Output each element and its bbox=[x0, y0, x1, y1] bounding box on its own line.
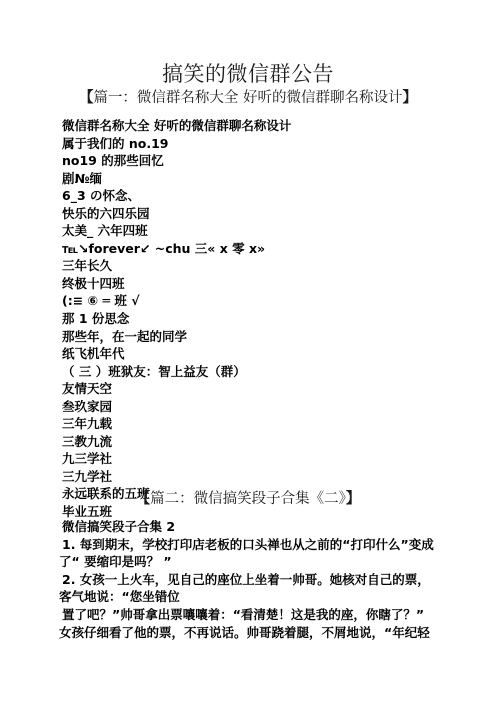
group-name-list: 微信群名称大全 好听的微信群聊名称设计 属于我们的 no.19 no19 的那些… bbox=[62, 117, 291, 521]
paragraph-line: 2. 女孩一上火车，见自己的座位上坐着一帅哥。她核对自己的票， bbox=[62, 571, 442, 589]
list-item: （ 三 ）班狱友：智上益友（群） bbox=[62, 363, 291, 381]
list-item: 6_3 の怀念、 bbox=[62, 187, 291, 205]
section-2-header: 【篇二：微信搞笑段子合集《二》】 bbox=[0, 489, 496, 509]
list-item: ℡↘forever↙ ~chu 三« x 零 x» bbox=[62, 240, 291, 258]
list-item: 三年长久 bbox=[62, 257, 291, 275]
list-item: 属于我们的 no.19 bbox=[62, 135, 291, 153]
bracket-open: 【 bbox=[136, 491, 151, 507]
section-1-header: 【篇一：微信群名称大全 好听的微信群聊名称设计】 bbox=[0, 88, 496, 108]
paragraph-line: 了“ 要缩印是吗？ ” bbox=[59, 553, 442, 571]
list-item: 那些年，在一起的同学 bbox=[62, 328, 291, 346]
list-item: no19 的那些回忆 bbox=[62, 152, 291, 170]
list-item: 快乐的六四乐园 bbox=[62, 205, 291, 223]
section-2-header-text: 篇二：微信搞笑段子合集《二》 bbox=[150, 491, 346, 507]
paragraph-line: 女孩仔细看了他的票，不再说话。帅哥跷着腿，不屑地说，“年纪轻 bbox=[59, 624, 442, 642]
list-item: 三年九载 bbox=[62, 415, 291, 433]
document-page: 搞笑的微信群公告 【篇一：微信群名称大全 好听的微信群聊名称设计】 微信群名称大… bbox=[0, 0, 496, 702]
list-item: 友情天空 bbox=[62, 380, 291, 398]
list-item: 剧№缅 bbox=[62, 170, 291, 188]
section-1-header-text: 篇一：微信群名称大全 好听的微信群聊名称设计 bbox=[93, 90, 402, 106]
bracket-close: 】 bbox=[346, 491, 361, 507]
list-item: 叁玖家园 bbox=[62, 398, 291, 416]
list-item: 微信群名称大全 好听的微信群聊名称设计 bbox=[62, 117, 291, 135]
paragraph-line: 客气地说：“您坐错位 bbox=[59, 588, 442, 606]
list-item: 终极十四班 bbox=[62, 275, 291, 293]
list-item: 纸飞机年代 bbox=[62, 345, 291, 363]
list-item: 太美_ 六年四班 bbox=[62, 222, 291, 240]
paragraph-line: 1. 每到期末，学校打印店老板的口头禅也从之前的“打印什么”变成 bbox=[62, 536, 442, 554]
paragraph-line: 微信搞笑段子合集 2 bbox=[62, 518, 442, 536]
list-item: 九三学社 bbox=[62, 450, 291, 468]
bracket-open: 【 bbox=[79, 90, 94, 106]
document-title: 搞笑的微信群公告 bbox=[0, 61, 496, 87]
list-item: 三教九流 bbox=[62, 433, 291, 451]
paragraph-line: 置了吧？”帅哥拿出票嚷嚷着：“看清楚！这是我的座，你瞎了？” bbox=[62, 606, 442, 624]
list-item: 三九学社 bbox=[62, 468, 291, 486]
list-item: 那 1 份思念 bbox=[62, 310, 291, 328]
jokes-paragraph: 微信搞笑段子合集 2 1. 每到期末，学校打印店老板的口头禅也从之前的“打印什么… bbox=[62, 518, 442, 641]
list-item: (:≡ ⑥ ═ 班 √ bbox=[62, 292, 291, 310]
bracket-close: 】 bbox=[403, 90, 418, 106]
